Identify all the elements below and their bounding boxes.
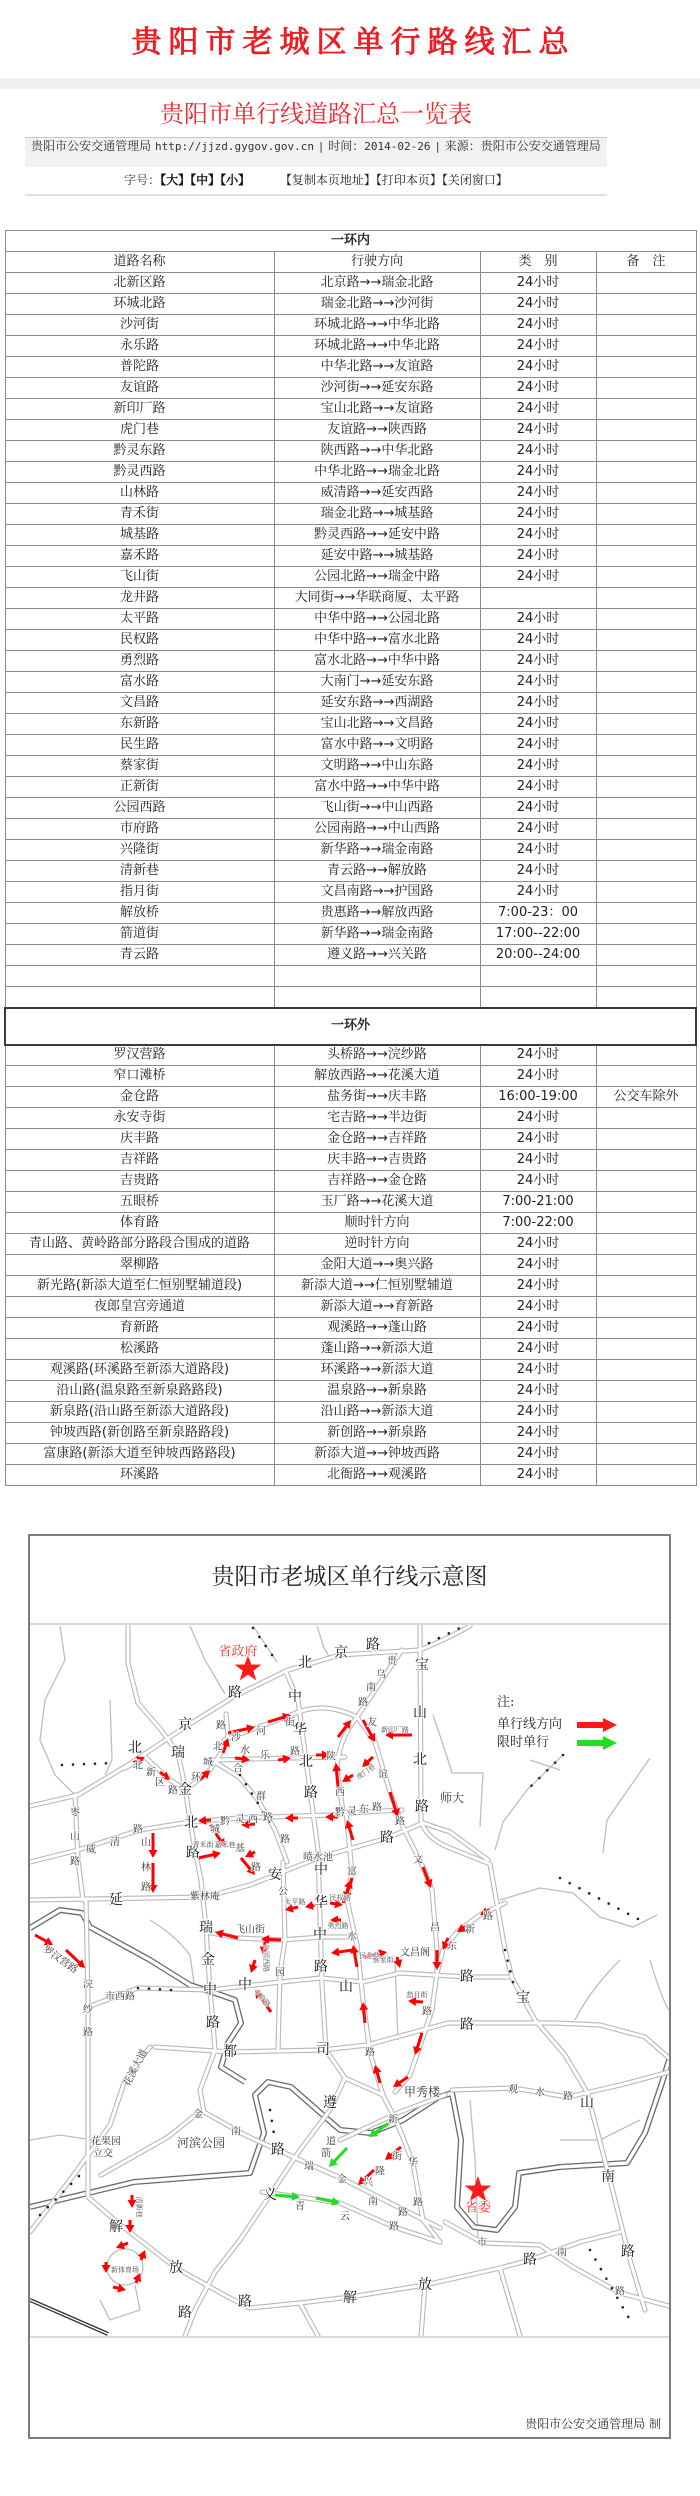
- one-way-arrow: [390, 1792, 400, 1817]
- cell-note: [596, 273, 696, 294]
- cell-direction: 北衙路→→观溪路: [274, 1465, 480, 1486]
- map-label: 路: [314, 1959, 328, 1975]
- minor-road: [317, 1626, 330, 1658]
- map-label: 北: [184, 1815, 198, 1831]
- map-label: 立交: [93, 2147, 113, 2160]
- cell-note: [596, 441, 696, 462]
- cell-road: 北新区路: [5, 273, 274, 294]
- cell-type: 24小时: [480, 609, 596, 630]
- map-label: 北: [133, 1760, 143, 1772]
- map-label: 金: [201, 1952, 215, 1968]
- map-label: 义: [263, 2187, 277, 2203]
- empty-cell: [596, 987, 696, 1008]
- map-label: 中: [203, 1981, 217, 1998]
- table-row: 解放桥贵惠路→→解放西路7:00-23：00: [5, 903, 696, 924]
- one-way-arrow: [198, 1850, 221, 1859]
- cell-note: [596, 315, 696, 336]
- map-label: 路: [422, 2005, 432, 2018]
- map-label: 园: [275, 1967, 285, 1979]
- map-label: 放: [418, 2277, 432, 2293]
- map-label: 青禾街: [193, 1840, 214, 1849]
- table-row: 富康路(新添大道至钟坡西路路段)新添大道→→钟坡西路24小时: [5, 1444, 696, 1465]
- map-label: 路: [304, 1785, 318, 1801]
- cell-note: [596, 588, 696, 609]
- map-label: 河滨公园: [177, 2135, 225, 2150]
- cell-road: 吉贵路: [5, 1171, 274, 1192]
- map-label: 太平路: [285, 1897, 306, 1906]
- cell-type: 7:00-23：00: [480, 903, 596, 924]
- map-label: 瑞: [199, 1919, 213, 1936]
- map-label: 市西路: [105, 1990, 135, 2003]
- cell-road: 育新路: [5, 1318, 274, 1339]
- copy-url-button[interactable]: 【复制本页地址】: [280, 173, 376, 187]
- cell-type: 24小时: [480, 1402, 596, 1423]
- map-label: 水: [535, 2086, 545, 2099]
- red-arrow-icon: [577, 1718, 617, 1732]
- cell-road: 清新巷: [5, 861, 274, 882]
- print-button[interactable]: 【打印本页】: [376, 173, 442, 187]
- font-size-medium-button[interactable]: 【中】: [190, 173, 220, 187]
- cell-road: 新泉路(沿山路至新添大道路段): [5, 1402, 274, 1423]
- table-row: 黔灵东路陕西路→→中华北路24小时: [5, 441, 696, 462]
- cell-road: 永乐路: [5, 336, 274, 357]
- cell-note: [596, 1402, 696, 1423]
- map-label: 公: [278, 1887, 288, 1898]
- cell-type: 24小时: [480, 1234, 596, 1255]
- map-label: 水: [347, 1930, 357, 1943]
- cell-type: 24小时: [480, 1045, 596, 1066]
- empty-cell: [274, 987, 480, 1008]
- map-label: 路: [358, 1696, 368, 1709]
- map-label: 观: [508, 2084, 518, 2096]
- cell-road: 青禾街: [5, 504, 274, 525]
- map-label: 路: [621, 2244, 635, 2260]
- map-label: 贵: [387, 1655, 398, 1668]
- header-note: 备 注: [596, 252, 696, 273]
- cell-note: [596, 1465, 696, 1486]
- landmark-label: 省政府: [218, 1644, 257, 1660]
- table-row: 山林路威清路→→延安西路24小时: [5, 483, 696, 504]
- empty-row: [5, 987, 696, 1008]
- cell-road: 新光路(新添大道至仁恒别墅辅道段): [5, 1276, 274, 1297]
- map-label: 文昌阁: [400, 1946, 430, 1959]
- map-credit: 贵阳市公安交通管理局 制: [525, 2416, 661, 2432]
- cell-note: [596, 1318, 696, 1339]
- cell-type: 24小时: [480, 1129, 596, 1150]
- cell-direction: 解放西路→→花溪大道: [274, 1066, 480, 1087]
- table-row: 太平路中华中路→→公园北路24小时: [5, 609, 696, 630]
- table-row: 新印厂路宝山北路→→友谊路24小时: [5, 399, 696, 420]
- table-row: 勇烈路富水北路→→中华中路24小时: [5, 651, 696, 672]
- cell-road: 民权路: [5, 630, 274, 651]
- cell-direction: 环城北路→→中华北路: [274, 336, 480, 357]
- cell-type: 7:00-21:00: [480, 1192, 596, 1213]
- map-label: 乌: [376, 1668, 386, 1681]
- cell-road: 文昌路: [5, 693, 274, 714]
- cell-type: 24小时: [480, 525, 596, 546]
- map-label: 路: [460, 2017, 474, 2033]
- font-size-small-button[interactable]: 【小】: [220, 173, 250, 187]
- cell-note: [596, 924, 696, 945]
- map-label: 中: [238, 1976, 252, 1993]
- map-label: 中: [314, 1861, 328, 1878]
- section-title-outer: 一环外: [5, 1008, 696, 1045]
- map-label: 宝: [516, 1990, 530, 2006]
- table-row: 富水路大南门→→延安东路24小时: [5, 672, 696, 693]
- map-label: 延: [109, 1892, 123, 1908]
- cell-direction: 富水中路→→中华中路: [274, 777, 480, 798]
- route-map: 贵阳市老城区单行线示意图: [28, 1534, 671, 2439]
- table-row: 城基路黔灵西路→→延安中路24小时: [5, 525, 696, 546]
- cell-road: 龙井路: [5, 588, 274, 609]
- cell-type: 7:00-22:00: [480, 1213, 596, 1234]
- map-label: 乐: [260, 1750, 271, 1762]
- meta-separator: |: [318, 140, 325, 153]
- table-row: 龙井路大同街→→华联商厦、太平路: [5, 588, 696, 609]
- legend-timed: 限时单行: [497, 1734, 549, 1752]
- table-row: 黔灵西路中华北路→→瑞金北路24小时: [5, 462, 696, 483]
- cell-note: [596, 672, 696, 693]
- map-label: 黔: [220, 1816, 230, 1828]
- cell-direction: 飞山街→→中山西路: [274, 798, 480, 819]
- cell-road: 罗汉营路: [5, 1045, 274, 1066]
- map-label: 青: [295, 2200, 305, 2213]
- cell-road: 蔡家街: [5, 756, 274, 777]
- map-label: 放: [169, 2260, 183, 2276]
- cell-road: 东新路: [5, 714, 274, 735]
- map-label: 师大: [440, 1790, 464, 1805]
- map-label: 南: [557, 2246, 567, 2259]
- map-label: 新印厂路: [381, 1725, 409, 1734]
- map-label: 路: [70, 1855, 80, 1868]
- map-label: 路: [415, 1799, 429, 1815]
- map-label: 瑞: [304, 2160, 314, 2173]
- cell-road: 民生路: [5, 735, 274, 756]
- map-label: 路: [395, 1815, 405, 1828]
- table-row: 指月街文昌南路→→护国路24小时: [5, 882, 696, 903]
- cell-type: 24小时: [480, 672, 596, 693]
- map-label: 中: [288, 1688, 302, 1705]
- cell-direction: 威清路→→延安西路: [274, 483, 480, 504]
- meta-url-link[interactable]: http://jjzd.gygov.gov.cn: [155, 140, 314, 153]
- map-label: 路: [366, 1637, 380, 1653]
- cell-direction: 沿山路→→新添大道: [274, 1402, 480, 1423]
- cell-note: [596, 1150, 696, 1171]
- cell-note: 公交车除外: [596, 1087, 696, 1108]
- minor-road: [30, 2135, 92, 2140]
- close-window-button[interactable]: 【关闭窗口】: [442, 173, 508, 187]
- one-way-arrow: [342, 1774, 353, 1782]
- map-label: 北: [298, 1655, 312, 1671]
- railway: [30, 2300, 108, 2334]
- cell-road: 富水路: [5, 672, 274, 693]
- table-row: 沿山路(温泉路至新泉路路段)温泉路→→新泉路24小时: [5, 1381, 696, 1402]
- minor-road: [603, 1758, 650, 1853]
- cell-note: [596, 357, 696, 378]
- map-label: 灵: [235, 1814, 245, 1826]
- table-row: 箭道街新华路→→瑞金南路17:00--22:00: [5, 924, 696, 945]
- map-label: 河: [256, 1726, 266, 1738]
- map-label: 金: [193, 2108, 203, 2121]
- table-row: 兴隆街新华路→→瑞金南路24小时: [5, 840, 696, 861]
- map-label: 山: [580, 2095, 594, 2111]
- cell-type: 24小时: [480, 1339, 596, 1360]
- cell-direction: 贵惠路→→解放西路: [274, 903, 480, 924]
- map-label: 北: [299, 1754, 313, 1770]
- cell-type: 24小时: [480, 462, 596, 483]
- map-label: 东: [359, 1803, 369, 1816]
- cell-note: [596, 693, 696, 714]
- cell-road: 夜郎皇宫旁通道: [5, 1297, 274, 1318]
- map-label: 路: [206, 2015, 220, 2031]
- meta-source-label: 来源：: [445, 139, 481, 153]
- cell-type: 24小时: [480, 378, 596, 399]
- cell-direction: 中华北路→→瑞金北路: [274, 462, 480, 483]
- cell-road: 观溪路(环溪路至新添大道路段): [5, 1360, 274, 1381]
- map-label: 隆: [375, 2165, 385, 2178]
- table-row: 翠柳路金阳大道→→奥兴路24小时: [5, 1255, 696, 1276]
- map-label: 嘉禾巷: [215, 1840, 236, 1849]
- map-label: 谊: [378, 1768, 388, 1781]
- cell-direction: 中华中路→→公园北路: [274, 609, 480, 630]
- cell-type: 24小时: [480, 483, 596, 504]
- table-row: 民生路富水中路→→文明路24小时: [5, 735, 696, 756]
- map-label: 遵: [323, 2095, 337, 2111]
- cell-note: [596, 1276, 696, 1297]
- cell-direction: 环溪路→→新添大道: [274, 1360, 480, 1381]
- map-label: 枣: [70, 1806, 80, 1819]
- map-label: 山: [413, 1705, 427, 1721]
- map-label: 路: [523, 2252, 537, 2268]
- map-label: 北: [213, 1741, 223, 1753]
- cell-type: 24小时: [480, 1297, 596, 1318]
- spacer-rows: [5, 966, 696, 1008]
- map-label: 新体育场: [111, 2265, 139, 2274]
- minor-road: [190, 1626, 225, 1694]
- meta-source: 贵阳市公安交通管理局: [481, 139, 601, 153]
- cell-note: [596, 903, 696, 924]
- cell-type: 24小时: [480, 714, 596, 735]
- table-row: 飞山街公园北路→→瑞金中路24小时: [5, 567, 696, 588]
- cell-note: [596, 1045, 696, 1066]
- map-label: 华: [408, 2156, 418, 2169]
- cell-road: 环溪路: [5, 1465, 274, 1486]
- table-row: 公园西路飞山街→→中山西路24小时: [5, 798, 696, 819]
- map-label: 路: [238, 2294, 252, 2310]
- map-label: 宝: [415, 1657, 429, 1673]
- cell-road: 吉祥路: [5, 1150, 274, 1171]
- cell-type: 24小时: [480, 840, 596, 861]
- map-label: 新: [465, 1924, 475, 1936]
- table-row: 罗汉营路头桥路→→浣纱路24小时: [5, 1045, 696, 1066]
- map-label: 金: [178, 1782, 192, 1798]
- cell-road: 五眼桥: [5, 1192, 274, 1213]
- cell-type: 24小时: [480, 693, 596, 714]
- map-label: 山: [339, 1979, 353, 1995]
- cell-road: 城基路: [5, 525, 274, 546]
- cell-direction: 宅吉路→→半边街: [274, 1108, 480, 1129]
- cell-note: [596, 525, 696, 546]
- article-tools: 字号：【大】【中】【小】 【复制本页地址】【打印本页】【关闭窗口】: [25, 170, 607, 190]
- cell-direction: 富水北路→→中华中路: [274, 651, 480, 672]
- map-label: 水: [240, 1744, 250, 1757]
- table-row: 蔡家街文明路→→中山东路24小时: [5, 756, 696, 777]
- cell-note: [596, 1213, 696, 1234]
- cell-road: 永安寺街: [5, 1108, 274, 1129]
- outer-ring-section: 一环外 罗汉营路头桥路→→浣纱路24小时窄口滩桥解放西路→→花溪大道24小时金仓…: [5, 1008, 696, 1486]
- cell-direction: 遵义路→→兴关路: [274, 945, 480, 966]
- map-canvas: 省政府省委北京路北京路瑞金北路中华北路宝山北路延安路瑞金中路中华中路中山路都司路…: [30, 1625, 669, 2336]
- map-label: 清: [110, 1836, 120, 1849]
- cell-direction: 瑞金北路→→沙河街: [274, 294, 480, 315]
- cell-road: 松溪路: [5, 1339, 274, 1360]
- table-row: 松溪路蓬山路→→新添大道24小时: [5, 1339, 696, 1360]
- map-label: 路: [563, 2090, 573, 2103]
- empty-row: [5, 966, 696, 987]
- cell-note: [596, 882, 696, 903]
- map-label: 飞山街: [235, 1923, 265, 1936]
- map-label: 市: [477, 2236, 487, 2249]
- cell-direction: 新华路→→瑞金南路: [274, 840, 480, 861]
- cell-road: 正新街: [5, 777, 274, 798]
- map-label: 黔: [335, 1807, 345, 1819]
- cell-road: 友谊路: [5, 378, 274, 399]
- header-row: 道路名称 行驶方向 类 别 备 注: [5, 252, 696, 273]
- map-label: 路: [133, 1823, 143, 1836]
- map-label: 甲秀楼: [404, 2084, 441, 2099]
- cell-type: 24小时: [480, 1465, 596, 1486]
- table-row: 体育路顺时针方向7:00-22:00: [5, 1213, 696, 1234]
- cell-note: [596, 735, 696, 756]
- map-label: 沙: [231, 1731, 242, 1744]
- font-size-large-button[interactable]: 【大】: [160, 173, 190, 187]
- meta-time-label: 时间：: [328, 139, 364, 153]
- cell-note: [596, 756, 696, 777]
- one-way-arrow: [116, 2241, 128, 2249]
- map-label: 路: [280, 1833, 290, 1846]
- legend-note: 注:: [497, 1694, 514, 1712]
- map-label: 南: [368, 2195, 378, 2208]
- cell-road: 指月街: [5, 882, 274, 903]
- section-row: 一环外: [5, 1008, 696, 1045]
- cell-type: 24小时: [480, 1360, 596, 1381]
- map-label: 花溪大道: [120, 2047, 150, 2088]
- cell-note: [596, 1192, 696, 1213]
- minor-road: [650, 1960, 669, 2010]
- map-label: 路: [460, 1969, 474, 1985]
- one-way-arrow: [331, 1947, 353, 1956]
- one-way-arrow: [35, 1935, 53, 1945]
- one-way-arrow: [138, 2250, 146, 2260]
- map-label: 京: [334, 1645, 348, 1661]
- cell-direction: 富水中路→→文明路: [274, 735, 480, 756]
- star-icon: [465, 2176, 492, 2201]
- map-label: 民权路: [330, 1893, 351, 1902]
- cell-direction: 新华路→→瑞金南路: [274, 924, 480, 945]
- cell-type: 24小时: [480, 546, 596, 567]
- header-road: 道路名称: [5, 252, 274, 273]
- map-label: 西: [248, 1814, 258, 1826]
- map-label: 陕: [326, 1750, 336, 1763]
- cell-direction: 新添大道→→仁恒别墅辅道: [274, 1276, 480, 1297]
- meta-time: 2014-02-26: [364, 140, 430, 153]
- cell-road: 庆丰路: [5, 1129, 274, 1150]
- map-title: 贵阳市老城区单行线示意图: [30, 1562, 669, 1592]
- cell-direction: 黔灵西路→→延安中路: [274, 525, 480, 546]
- cell-note: [596, 420, 696, 441]
- cell-note: [596, 777, 696, 798]
- cell-note: [596, 399, 696, 420]
- cell-type: 24小时: [480, 567, 596, 588]
- cell-direction: 庆丰路→→吉贵路: [274, 1150, 480, 1171]
- table-row: 市府路公园南路→→中山西路24小时: [5, 819, 696, 840]
- table-row: 环溪路北衙路→→观溪路24小时: [5, 1465, 696, 1486]
- cell-note: [596, 1255, 696, 1276]
- cell-note: [596, 546, 696, 567]
- map-label: 街: [285, 1716, 295, 1729]
- map-label: 路: [372, 1801, 382, 1814]
- cell-direction: 盐务街→→庆丰路: [274, 1087, 480, 1108]
- cell-direction: 蓬山路→→新添大道: [274, 1339, 480, 1360]
- cell-note: [596, 1444, 696, 1465]
- table-row: 友谊路沙河街→→延安东路24小时: [5, 378, 696, 399]
- cell-type: 24小时: [480, 861, 596, 882]
- cell-road: 普陀路: [5, 357, 274, 378]
- cell-type: 24小时: [480, 735, 596, 756]
- minor-road: [40, 1626, 75, 1795]
- one-way-arrow: [245, 1849, 255, 1857]
- map-label: 金: [337, 2173, 347, 2186]
- cell-type: 24小时: [480, 630, 596, 651]
- cell-type: 17:00--22:00: [480, 924, 596, 945]
- minor-road: [470, 2100, 478, 2240]
- map-label: 文: [413, 1854, 423, 1866]
- table-row: 五眼桥玉厂路→→花溪大道7:00-21:00: [5, 1192, 696, 1213]
- cell-note: [596, 1297, 696, 1318]
- cell-direction: 延安东路→→西湖路: [274, 693, 480, 714]
- table-row: 观溪路(环溪路至新添大道路段)环溪路→→新添大道24小时: [5, 1360, 696, 1381]
- map-label: 路: [389, 2220, 399, 2233]
- map-label: 城: [203, 1756, 213, 1769]
- table-row: 环城北路瑞金北路→→沙河街24小时: [5, 294, 696, 315]
- header-type: 类 别: [480, 252, 596, 273]
- cell-type: 24小时: [480, 651, 596, 672]
- map-label: 城: [210, 1823, 220, 1836]
- cell-road: 沿山路(温泉路至新泉路路段): [5, 1381, 274, 1402]
- cell-note: [596, 378, 696, 399]
- map-label: 勇烈路: [328, 1921, 349, 1930]
- map-label: 区: [155, 1777, 165, 1789]
- cell-type: 24小时: [480, 1108, 596, 1129]
- cell-type: 24小时: [480, 798, 596, 819]
- article-title: 贵阳市单行线道路汇总一览表: [25, 99, 607, 129]
- cell-type: 24小时: [480, 294, 596, 315]
- map-label: 华: [314, 1894, 328, 1911]
- cell-note: [596, 1066, 696, 1087]
- map-label: 南: [601, 2168, 615, 2185]
- cell-type: 24小时: [480, 1381, 596, 1402]
- map-label: 路: [228, 1685, 242, 1701]
- map-label: 基: [235, 1842, 245, 1855]
- cell-road: 山林路: [5, 483, 274, 504]
- cell-note: [596, 462, 696, 483]
- cell-road: 青云路: [5, 945, 274, 966]
- map-label: 箭: [321, 2147, 331, 2160]
- cell-type: 24小时: [480, 1150, 596, 1171]
- map-label: 路: [483, 1910, 493, 1923]
- map-label: 环: [191, 1772, 202, 1784]
- green-arrow-icon: [577, 1736, 617, 1750]
